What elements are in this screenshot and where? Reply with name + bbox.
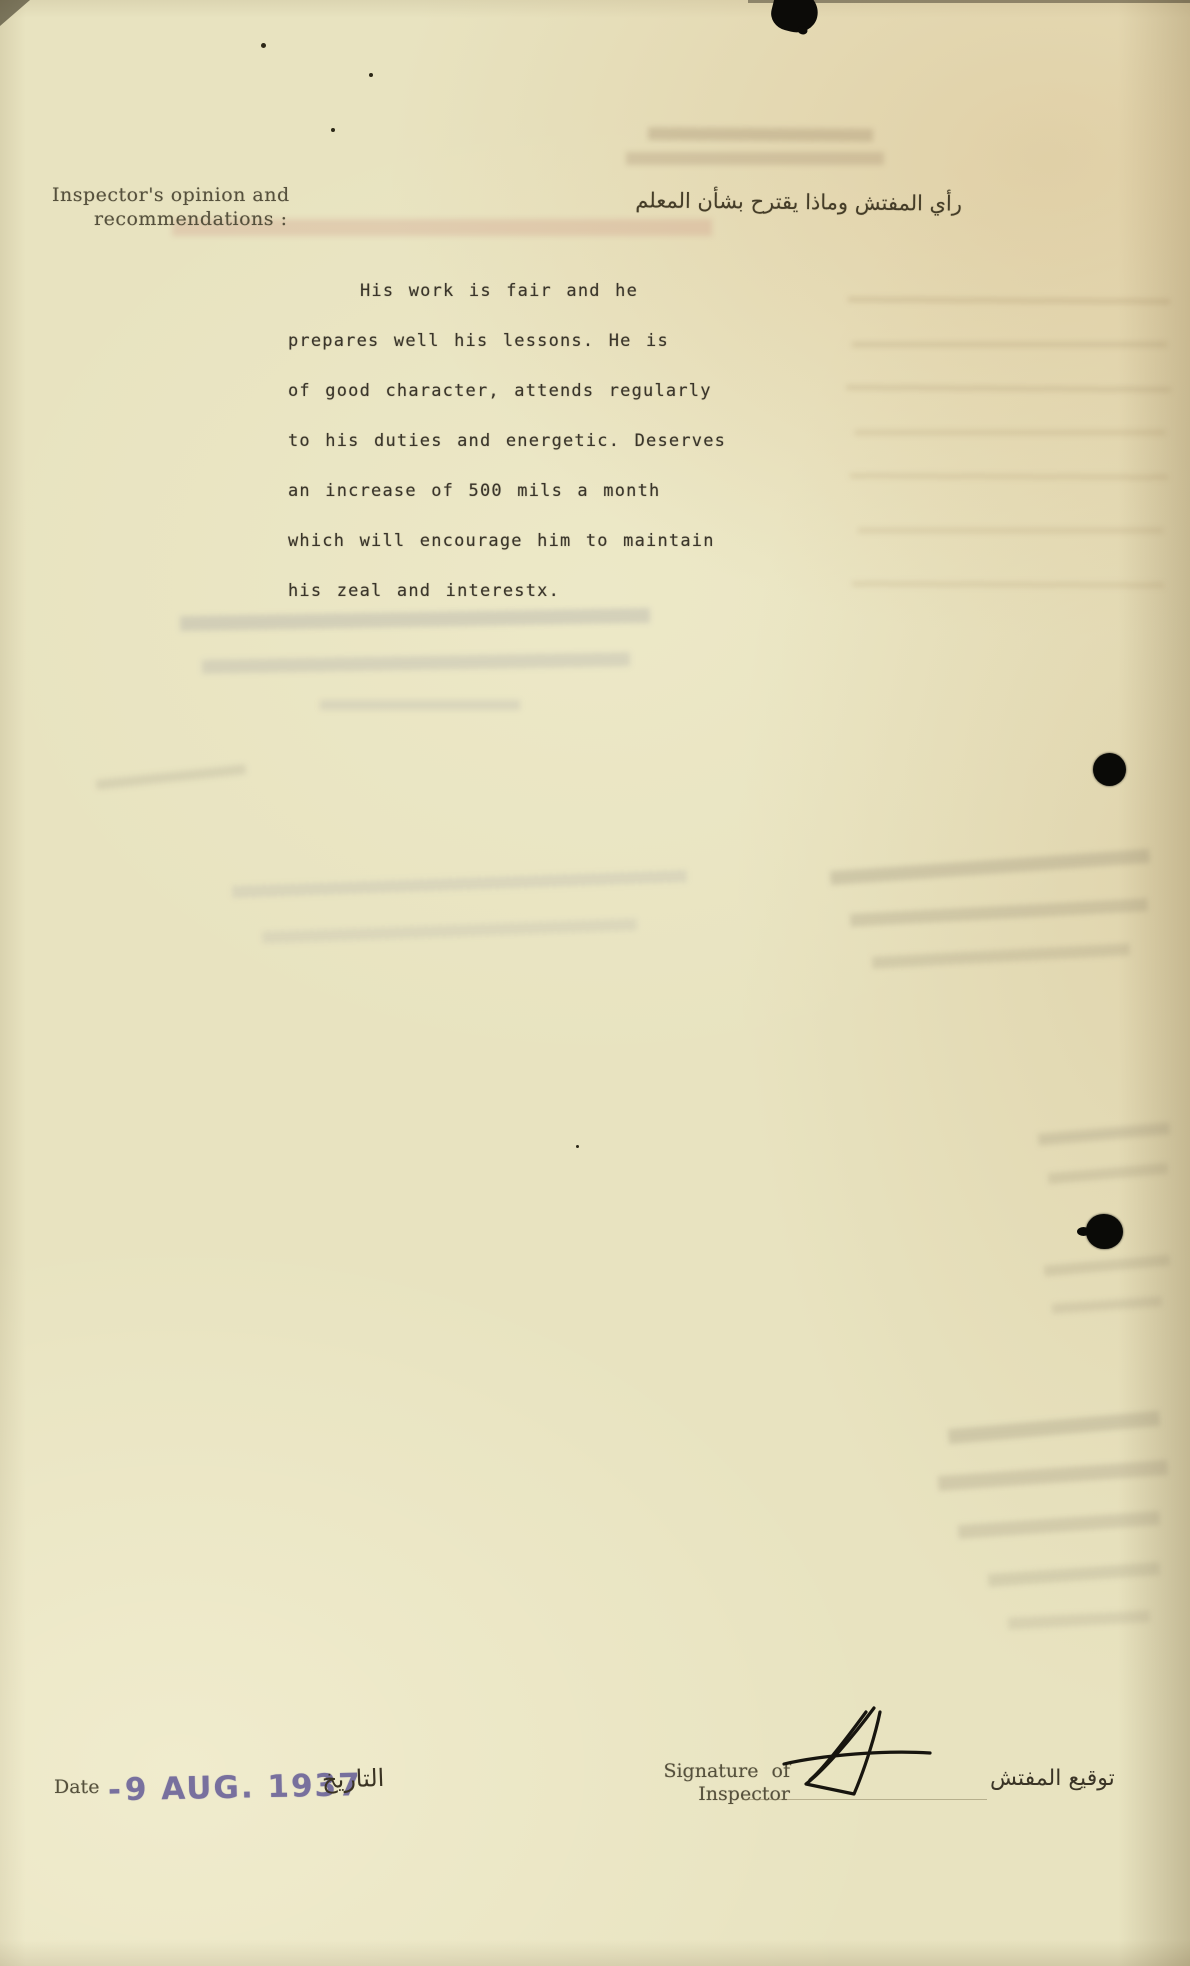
show-through-smudge xyxy=(232,870,687,898)
show-through-smudge xyxy=(858,528,1163,533)
show-through-smudge xyxy=(1044,1255,1170,1277)
signature-label-line2: Inspector xyxy=(510,1783,790,1806)
opinion-label-arabic: رأي المفتش وماذا يقترح بشأن المعلم xyxy=(632,188,962,215)
show-through-smudge xyxy=(958,1511,1160,1539)
show-through-smudge xyxy=(988,1562,1160,1587)
show-through-smudge xyxy=(320,700,520,710)
show-through-smudge xyxy=(830,849,1150,885)
ink-speck xyxy=(261,43,266,48)
typed-line: prepares well his lessons. He is xyxy=(288,316,768,366)
show-through-smudge xyxy=(852,581,1164,588)
typed-line: which will encourage him to maintain xyxy=(288,516,768,566)
show-through-smudge xyxy=(852,342,1167,347)
date-label: Date xyxy=(54,1776,99,1798)
opinion-label-line1: Inspector's opinion and xyxy=(52,183,290,207)
signature-label-arabic: توقيع المفتش xyxy=(990,1766,1115,1791)
show-through-smudge xyxy=(1048,1163,1169,1184)
show-through-smudge xyxy=(948,1411,1161,1444)
ink-speck xyxy=(576,1145,579,1148)
show-through-smudge xyxy=(626,152,884,165)
show-through-smudge xyxy=(846,385,1171,392)
show-through-smudge xyxy=(648,127,873,142)
ink-blot-top-right xyxy=(768,0,823,37)
show-through-smudge xyxy=(1008,1610,1150,1629)
opinion-label: Inspector's opinion and recommendations … xyxy=(52,183,290,231)
typed-line: to his duties and energetic. Deserves xyxy=(288,416,768,466)
show-through-smudge xyxy=(855,430,1165,435)
signature-label-line1: Signature of xyxy=(510,1760,790,1783)
ink-speck xyxy=(331,128,335,132)
show-through-smudge xyxy=(850,898,1148,927)
show-through-smudge xyxy=(96,764,246,790)
typed-line: his zeal and interestx. xyxy=(288,566,768,616)
date-label-arabic: التاريخ xyxy=(322,1764,385,1794)
typed-line: His work is fair and he xyxy=(288,266,768,316)
typed-line: of good character, attends regularly xyxy=(288,366,768,416)
show-through-smudge xyxy=(202,652,630,673)
show-through-smudge xyxy=(848,297,1170,304)
show-through-smudge xyxy=(850,473,1168,480)
show-through-smudge xyxy=(262,918,637,943)
show-through-smudge xyxy=(1038,1122,1171,1145)
document-page: Inspector's opinion and recommendations … xyxy=(0,0,1190,1966)
opinion-label-line2: recommendations : xyxy=(94,207,290,231)
torn-corner-top-left xyxy=(0,0,30,26)
hole-punch xyxy=(1093,753,1126,786)
stamp-dash: - xyxy=(108,1772,124,1808)
typed-opinion-paragraph: His work is fair and he prepares well hi… xyxy=(288,266,768,616)
show-through-smudge xyxy=(938,1460,1168,1491)
inspector-signature xyxy=(768,1700,938,1812)
show-through-smudge xyxy=(1052,1296,1162,1314)
ink-speck xyxy=(369,73,373,77)
typed-line: an increase of 500 mils a month xyxy=(288,466,768,516)
date-stamp: -9 AUG. 1937 xyxy=(108,1768,339,1809)
hole-punch xyxy=(1086,1214,1123,1249)
show-through-smudge xyxy=(872,943,1130,968)
